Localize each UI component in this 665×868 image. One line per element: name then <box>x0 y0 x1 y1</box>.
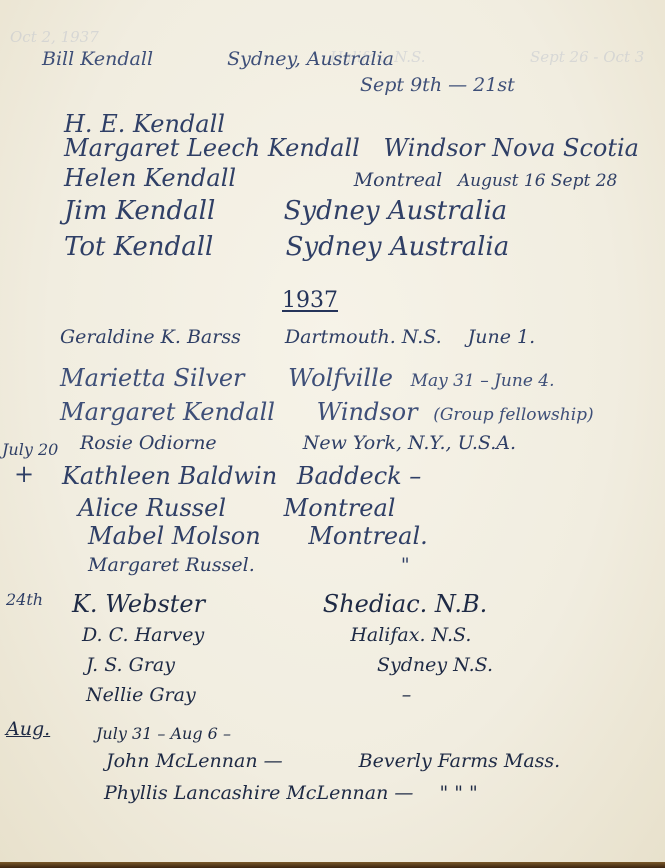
guest-name: Bill Kendall <box>42 48 153 70</box>
entry-row: Marietta Silver Wolfville May 31 – June … <box>60 364 555 392</box>
entry-date: Sept 9th — 21st <box>360 74 515 96</box>
guest-name: Rosie Odiorne <box>80 432 217 454</box>
entry-row: Rosie Odiorne New York, N.Y., U.S.A. <box>80 432 516 454</box>
guest-name: Nellie Gray <box>86 684 196 706</box>
entry-row: Tot Kendall Sydney Australia <box>64 232 509 262</box>
entry-row: Phyllis Lancashire McLennan — " " " <box>104 782 478 804</box>
guest-place: Montreal <box>354 169 443 191</box>
margin-note: + <box>14 460 34 488</box>
guest-date: August 16 Sept 28 <box>458 171 618 191</box>
entry-row: Bill Kendall Sydney, Australia <box>42 48 394 70</box>
guest-place: – <box>402 684 412 706</box>
guest-place: Montreal <box>284 494 396 522</box>
guest-name: Helen Kendall <box>64 164 236 192</box>
entry-row: Jim Kendall Sydney Australia <box>64 196 507 226</box>
guest-name: John McLennan — <box>106 750 283 772</box>
guest-place: Sydney N.S. <box>377 654 493 676</box>
guest-place: " <box>401 554 410 576</box>
guest-name: D. C. Harvey <box>82 624 204 646</box>
entry-row: Nellie Gray – <box>86 684 411 706</box>
entry-row: D. C. Harvey Halifax. N.S. <box>82 624 471 646</box>
bleed-through-text: Oct 2, 1937 <box>10 28 99 46</box>
guest-place: Windsor <box>317 398 418 426</box>
entry-row: Margaret Leech Kendall Windsor Nova Scot… <box>64 134 639 162</box>
guest-place: Halifax. N.S. <box>350 624 471 646</box>
guest-date: May 31 – June 4. <box>411 371 555 391</box>
guest-name: Mabel Molson <box>88 522 261 550</box>
guest-name: Jim Kendall <box>64 196 215 226</box>
guest-name: K. Webster <box>72 590 205 618</box>
margin-note: July 20 <box>2 440 58 459</box>
guest-date: (Group fellowship) <box>433 405 593 425</box>
page-bottom-edge <box>0 862 665 868</box>
guest-place: Baddeck – <box>297 462 422 490</box>
guest-place: Sydney Australia <box>284 196 508 226</box>
guest-name: Marietta Silver <box>60 364 245 392</box>
entry-row: Mabel Molson Montreal. <box>88 522 428 550</box>
guest-name: Margaret Leech Kendall <box>64 134 360 162</box>
guest-name: Kathleen Baldwin <box>62 462 277 490</box>
entry-row: Margaret Kendall Windsor (Group fellowsh… <box>60 398 594 426</box>
margin-note: Aug. <box>6 718 50 740</box>
margin-note: 24th <box>6 590 43 609</box>
guest-name: Margaret Kendall <box>60 398 275 426</box>
guest-name: Geraldine K. Barss <box>60 326 241 348</box>
guest-place: Montreal. <box>308 522 427 550</box>
bleed-through-text: Sept 26 - Oct 3 <box>530 48 644 66</box>
guest-place: Windsor Nova Scotia <box>383 134 639 162</box>
guest-place: Shediac. N.B. <box>323 590 488 618</box>
entry-row: Alice Russel Montreal <box>78 494 395 522</box>
guest-name: Alice Russel <box>78 494 226 522</box>
year-heading: 1937 <box>282 288 338 313</box>
guest-place: Beverly Farms Mass. <box>359 750 561 772</box>
entry-row: Geraldine K. Barss Dartmouth. N.S. June … <box>60 326 535 348</box>
guest-place: Sydney, Australia <box>227 48 394 70</box>
entry-row: John McLennan — Beverly Farms Mass. <box>106 750 560 772</box>
guest-name: J. S. Gray <box>86 654 175 676</box>
entry-row: K. Webster Shediac. N.B. <box>72 590 487 618</box>
entry-row: Margaret Russel. " <box>88 554 410 576</box>
guest-name: Tot Kendall <box>64 232 213 262</box>
guest-place: Dartmouth. N.S. <box>285 326 442 348</box>
guest-date: June 1. <box>468 326 536 348</box>
guest-place: " " " <box>439 782 477 804</box>
guest-place: Wolfville <box>288 364 393 392</box>
guestbook-page: Oct 2, 1937 Halifax, N.S. Sept 26 - Oct … <box>0 0 665 862</box>
entry-date: July 31 – Aug 6 – <box>96 724 231 743</box>
guest-place: Sydney Australia <box>286 232 510 262</box>
entry-row: J. S. Gray Sydney N.S. <box>86 654 493 676</box>
guest-name: Phyllis Lancashire McLennan — <box>104 782 413 804</box>
entry-row: Kathleen Baldwin Baddeck – <box>62 462 421 490</box>
guest-name: Margaret Russel. <box>88 554 255 576</box>
guest-place: New York, N.Y., U.S.A. <box>303 432 516 454</box>
entry-row: Helen Kendall Montreal August 16 Sept 28 <box>64 164 617 192</box>
